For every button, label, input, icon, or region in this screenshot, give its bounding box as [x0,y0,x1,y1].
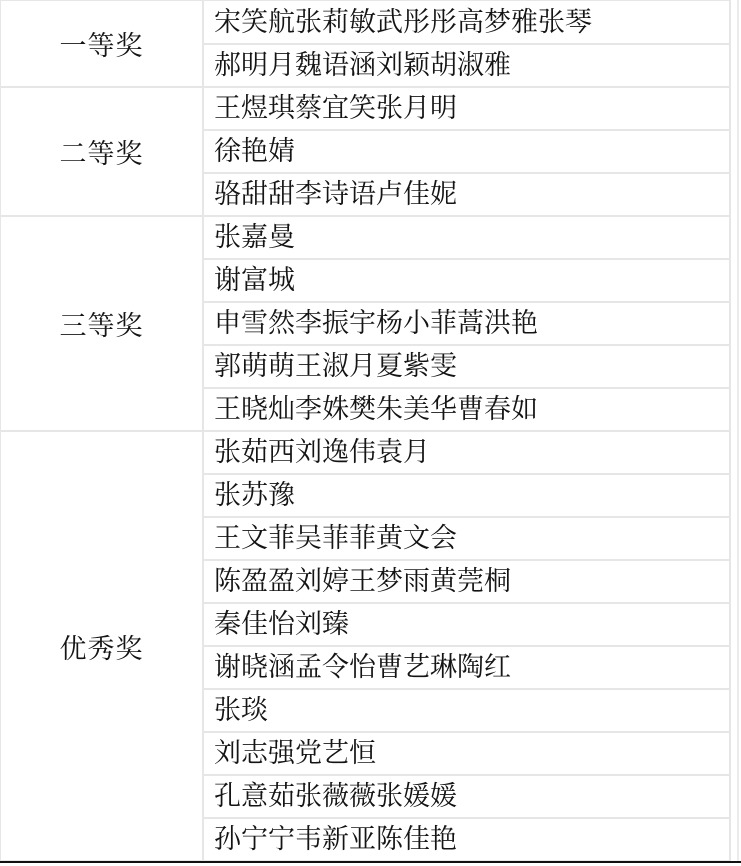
names-cell[interactable]: 郝明月魏语涵刘颖胡淑雅 [203,44,731,87]
category-cell-excellence-prize[interactable]: 优秀奖 [0,431,203,861]
category-cell-third-prize[interactable]: 三等奖 [0,216,203,431]
names-cell[interactable]: 谢晓涵孟令怡曹艺琳陶红 [203,646,731,689]
table-row: 一等奖 宋笑航张莉敏武彤彤高梦雅张琴 [0,0,731,44]
names-cell[interactable]: 骆甜甜李诗语卢佳妮 [203,173,731,216]
names-cell[interactable]: 王晓灿李姝樊朱美华曹春如 [203,388,731,431]
names-cell[interactable]: 张茹西刘逸伟袁月 [203,431,731,474]
category-cell-first-prize[interactable]: 一等奖 [0,0,203,87]
names-cell[interactable]: 张琰 [203,689,731,732]
names-cell[interactable]: 谢富城 [203,259,731,302]
names-cell[interactable]: 陈盈盈刘婷王梦雨黄莞桐 [203,560,731,603]
names-cell[interactable]: 宋笑航张莉敏武彤彤高梦雅张琴 [203,0,731,44]
names-cell[interactable]: 刘志强党艺恒 [203,732,731,775]
names-cell[interactable]: 孔意茹张薇薇张媛媛 [203,775,731,818]
names-cell[interactable]: 王煜琪蔡宜笑张月明 [203,87,731,130]
names-cell[interactable]: 郭萌萌王淑月夏紫雯 [203,345,731,388]
names-cell[interactable]: 张嘉曼 [203,216,731,259]
table-row: 优秀奖 张茹西刘逸伟袁月 [0,431,731,474]
awards-table: 一等奖 宋笑航张莉敏武彤彤高梦雅张琴 郝明月魏语涵刘颖胡淑雅 二等奖 王煜琪蔡宜… [0,0,732,862]
next-column-edge [729,0,741,861]
table-row: 二等奖 王煜琪蔡宜笑张月明 [0,87,731,130]
names-cell[interactable]: 孙宁宁韦新亚陈佳艳 [203,818,731,861]
category-cell-second-prize[interactable]: 二等奖 [0,87,203,216]
table-row: 三等奖 张嘉曼 [0,216,731,259]
names-cell[interactable]: 申雪然李振宇杨小菲蒿洪艳 [203,302,731,345]
award-sheet: 一等奖 宋笑航张莉敏武彤彤高梦雅张琴 郝明月魏语涵刘颖胡淑雅 二等奖 王煜琪蔡宜… [0,0,741,866]
names-cell[interactable]: 王文菲吴菲菲黄文会 [203,517,731,560]
names-cell[interactable]: 张苏豫 [203,474,731,517]
names-cell[interactable]: 秦佳怡刘臻 [203,603,731,646]
names-cell[interactable]: 徐艳婧 [203,130,731,173]
bottom-border [0,861,741,863]
